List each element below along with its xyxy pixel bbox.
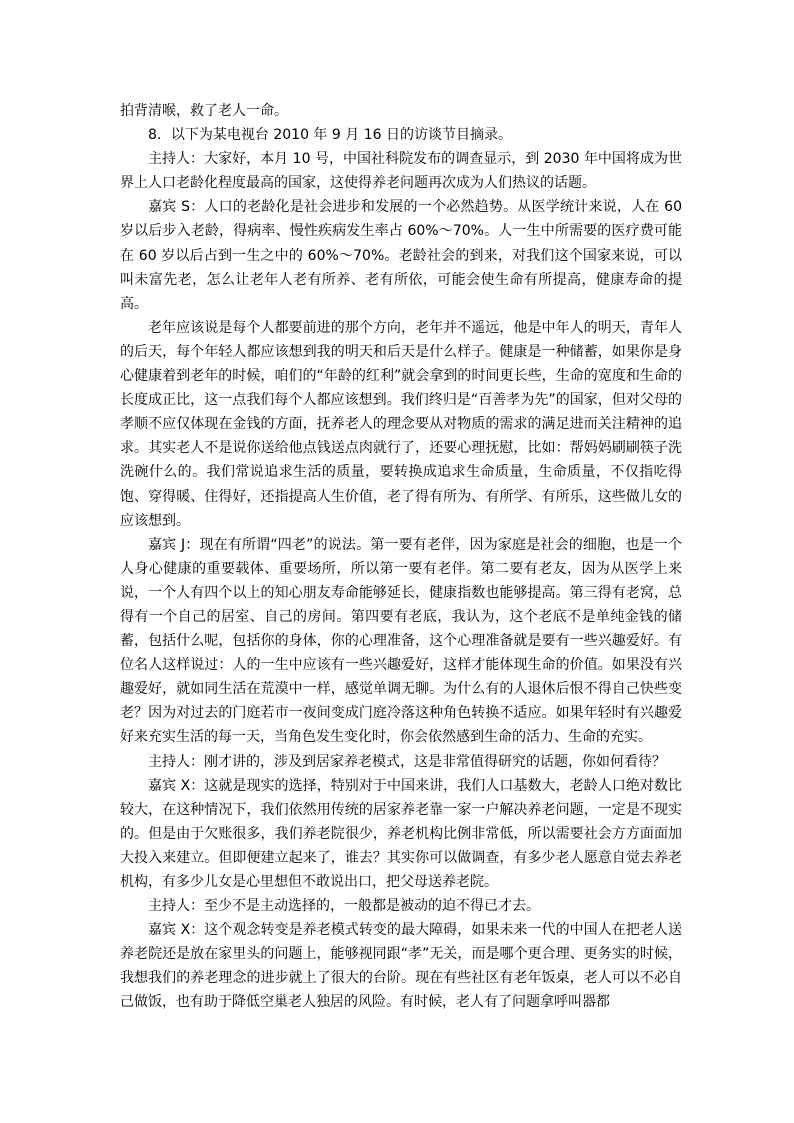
paragraph-guest-x-continued: 嘉宾 X：这个观念转变是养老模式转变的最大障碍，如果未来一代的中国人在把老人送养… bbox=[120, 918, 682, 1014]
question-heading: 8．以下为某电视台 2010 年 9 月 16 日的访谈节目摘录。 bbox=[120, 123, 682, 147]
paragraph-continuation: 拍背清喉，救了老人一命。 bbox=[120, 99, 682, 123]
paragraph-host-intro: 主持人：大家好，本月 10 号，中国社科院发布的调查显示，到 2030 年中国将… bbox=[120, 147, 682, 195]
paragraph-guest-j: 嘉宾 J：现在有所谓“四老”的说法。第一要有老伴，因为家庭是社会的细胞，也是一个… bbox=[120, 533, 682, 750]
paragraph-guest-s-continued: 老年应该说是每个人都要前进的那个方向，老年并不遥远，他是中年人的明天，青年人的后… bbox=[120, 316, 682, 533]
paragraph-host-reply: 主持人：至少不是主动选择的，一般都是被动的迫不得已才去。 bbox=[120, 894, 682, 918]
paragraph-guest-x: 嘉宾 X：这就是现实的选择，特别对于中国来讲，我们人口基数大，老龄人口绝对数比较… bbox=[120, 774, 682, 894]
paragraph-host-question: 主持人：刚才讲的，涉及到居家养老模式，这是非常值得研究的话题，你如何看待？ bbox=[120, 750, 682, 774]
paragraph-guest-s: 嘉宾 S：人口的老龄化是社会进步和发展的一个必然趋势。从医学统计来说，人在 60… bbox=[120, 195, 682, 315]
document-page: 拍背清喉，救了老人一命。 8．以下为某电视台 2010 年 9 月 16 日的访… bbox=[120, 99, 682, 1015]
